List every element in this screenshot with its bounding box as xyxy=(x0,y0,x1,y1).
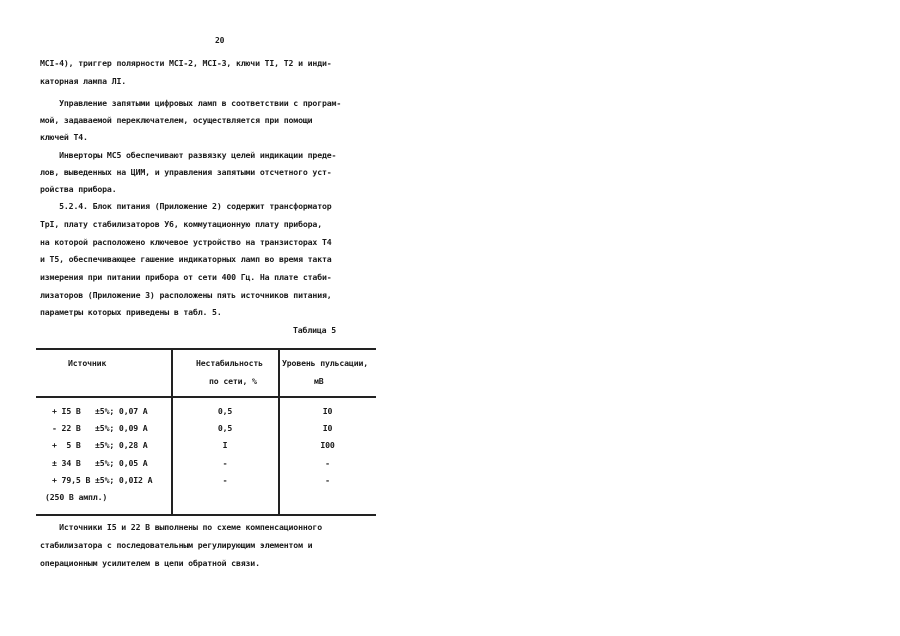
cell-ripple: - xyxy=(279,475,376,485)
cell-source: (250 В ампл.) xyxy=(45,492,107,502)
text-line: стабилизатора с последовательным регулир… xyxy=(40,540,312,550)
text-line: измерения при питании прибора от сети 40… xyxy=(40,272,332,282)
text-line: ройства прибора. xyxy=(40,184,116,194)
document-page: 20 МСI-4), триггер полярности МСI-2, МСI… xyxy=(0,0,900,636)
cell-source: + I5 В ±5%; 0,07 А xyxy=(52,406,148,416)
table-header-border xyxy=(36,396,376,398)
cell-ripple: I0 xyxy=(279,406,376,416)
text-line: операционным усилителем в цепи обратной … xyxy=(40,558,260,568)
table-header-ripple-unit: мВ xyxy=(314,376,324,386)
text-line: 5.2.4. Блок питания (Приложение 2) содер… xyxy=(40,201,332,211)
table-header-instability-unit: по сети, % xyxy=(209,376,257,386)
cell-instability: I xyxy=(171,440,279,450)
text-line: мой, задаваемой переключателем, осуществ… xyxy=(40,115,312,125)
cell-instability: 0,5 xyxy=(171,406,279,416)
table-header-instability: Нестабильность xyxy=(196,358,263,368)
text-line: параметры которых приведены в табл. 5. xyxy=(40,307,222,317)
table-header-source: Источник xyxy=(68,358,106,368)
text-line: ТрI, плату стабилизаторов У6, коммутацио… xyxy=(40,219,322,229)
cell-source: - 22 В ±5%; 0,09 А xyxy=(52,423,148,433)
text-line: Инверторы МС5 обеспечивают развязку целе… xyxy=(40,150,336,160)
text-line: каторная лампа ЛI. xyxy=(40,76,126,86)
text-line: лизаторов (Приложение 3) расположены пят… xyxy=(40,290,332,300)
cell-instability: - xyxy=(171,458,279,468)
text-line: на которой расположено ключевое устройст… xyxy=(40,237,332,247)
cell-instability: - xyxy=(171,475,279,485)
text-line: Управление запятыми цифровых ламп в соот… xyxy=(40,98,341,108)
cell-source: + 5 В ±5%; 0,28 А xyxy=(52,440,148,450)
text-line: Источники I5 и 22 В выполнены по схеме к… xyxy=(40,522,322,532)
cell-ripple: I00 xyxy=(279,440,376,450)
cell-source: + 79,5 В ±5%; 0,0I2 А xyxy=(52,475,152,485)
cell-source: ± 34 В ±5%; 0,05 А xyxy=(52,458,148,468)
cell-instability: 0,5 xyxy=(171,423,279,433)
table-top-border xyxy=(36,348,376,350)
cell-ripple: I0 xyxy=(279,423,376,433)
table-header-ripple: Уровень пульсации, xyxy=(282,358,368,368)
text-line: МСI-4), триггер полярности МСI-2, МСI-3,… xyxy=(40,58,332,68)
page-number: 20 xyxy=(215,36,224,46)
table-bottom-border xyxy=(36,514,376,516)
text-line: лов, выведенных на ЦИМ, и управления зап… xyxy=(40,167,332,177)
table-caption: Таблица 5 xyxy=(293,325,336,335)
text-line: ключей Т4. xyxy=(40,132,88,142)
cell-ripple: - xyxy=(279,458,376,468)
text-line: и Т5, обеспечивающее гашение индикаторны… xyxy=(40,254,332,264)
